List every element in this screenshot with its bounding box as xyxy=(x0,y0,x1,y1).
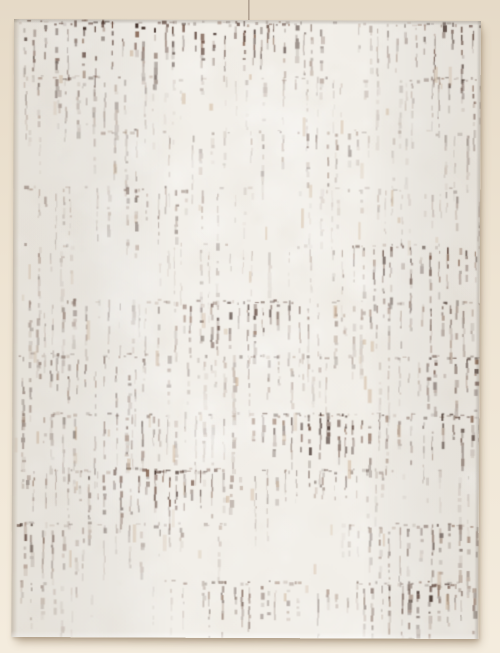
abstract-painting xyxy=(11,19,481,639)
gallery-wall xyxy=(0,0,500,653)
hanging-cord xyxy=(248,0,250,20)
painting-texture-canvas xyxy=(11,19,481,639)
